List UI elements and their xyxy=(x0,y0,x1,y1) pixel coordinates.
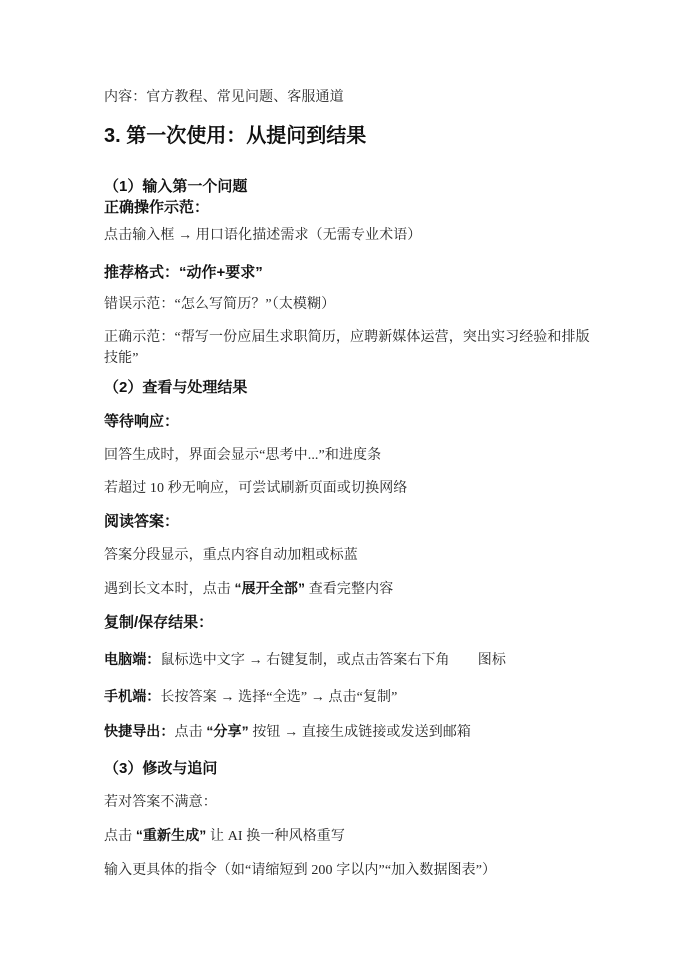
paragraph-export: 快捷导出：点击 “分享” 按钮 → 直接生成链接或发送到邮箱 xyxy=(104,721,602,743)
paragraph-wait-line1: 回答生成时，界面会显示“思考中...”和进度条 xyxy=(104,445,602,466)
paragraph-specific-command: 输入更具体的指令（如“请缩短到 200 字以内”“加入数据图表”） xyxy=(104,860,602,881)
text-run: 点击 xyxy=(104,829,136,844)
text-run: 遇到长文本时，点击 xyxy=(104,582,235,597)
paragraph-read-line1: 答案分段显示，重点内容自动加粗或标蓝 xyxy=(104,545,602,566)
bold-pc-label: 电脑端： xyxy=(104,651,160,667)
bold-export-label: 快捷导出： xyxy=(104,723,175,739)
subsection-1-heading: （1）输入第一个问题 xyxy=(104,176,602,197)
paragraph-input-step: 点击输入框 → 用口语化描述需求（无需专业术语） xyxy=(104,225,602,246)
paragraph-format-rule: 推荐格式：“动作+要求” xyxy=(104,262,602,283)
text-run: 长按答案 → 选择“全选” → 点击“复制” xyxy=(160,690,397,705)
paragraph-mobile: 手机端：长按答案 → 选择“全选” → 点击“复制” xyxy=(104,686,602,708)
paragraph-regenerate: 点击 “重新生成” 让 AI 换一种风格重写 xyxy=(104,825,602,847)
paragraph-read-line2: 遇到长文本时，点击 “展开全部” 查看完整内容 xyxy=(104,578,602,600)
label-correct-demo: 正确操作示范： xyxy=(104,197,602,218)
label-read-answer: 阅读答案： xyxy=(104,511,602,532)
label-wait-response: 等待响应： xyxy=(104,411,602,432)
document-page: 内容：官方教程、常见问题、客服通道 3. 第一次使用：从提问到结果 （1）输入第… xyxy=(0,0,690,976)
document-content: 内容：官方教程、常见问题、客服通道 3. 第一次使用：从提问到结果 （1）输入第… xyxy=(104,87,602,881)
text-run: 按钮 → 直接生成链接或发送到邮箱 xyxy=(249,725,471,740)
paragraph-wait-line2: 若超过 10 秒无响应，可尝试刷新页面或切换网络 xyxy=(104,478,602,499)
bold-mobile-label: 手机端： xyxy=(104,688,160,704)
paragraph-wrong-example: 错误示范：“怎么写简历？”（太模糊） xyxy=(104,294,602,315)
text-run: 查看完整内容 xyxy=(305,582,393,597)
bold-share: “分享” xyxy=(206,723,248,739)
subsection-2-heading: （2）查看与处理结果 xyxy=(104,377,602,398)
paragraph-pc: 电脑端：鼠标选中文字 → 右键复制，或点击答案右下角 图标 xyxy=(104,649,602,671)
paragraph-intro: 内容：官方教程、常见问题、客服通道 xyxy=(104,87,602,108)
paragraph-unsatisfied: 若对答案不满意： xyxy=(104,792,602,813)
bold-regenerate: “重新生成” xyxy=(136,827,207,843)
section-3-heading: 3. 第一次使用：从提问到结果 xyxy=(104,122,602,150)
paragraph-right-example: 正确示范：“帮写一份应届生求职简历，应聘新媒体运营，突出实习经验和排版技能” xyxy=(104,327,602,369)
bold-expand-all: “展开全部” xyxy=(235,580,306,596)
text-run: 鼠标选中文字 → 右键复制，或点击答案右下角 图标 xyxy=(160,653,506,668)
label-copy-save: 复制/保存结果： xyxy=(104,612,602,633)
subsection-3-heading: （3）修改与追问 xyxy=(104,758,602,779)
text-run: 让 AI 换一种风格重写 xyxy=(206,829,345,844)
text-run: 点击 xyxy=(175,725,207,740)
